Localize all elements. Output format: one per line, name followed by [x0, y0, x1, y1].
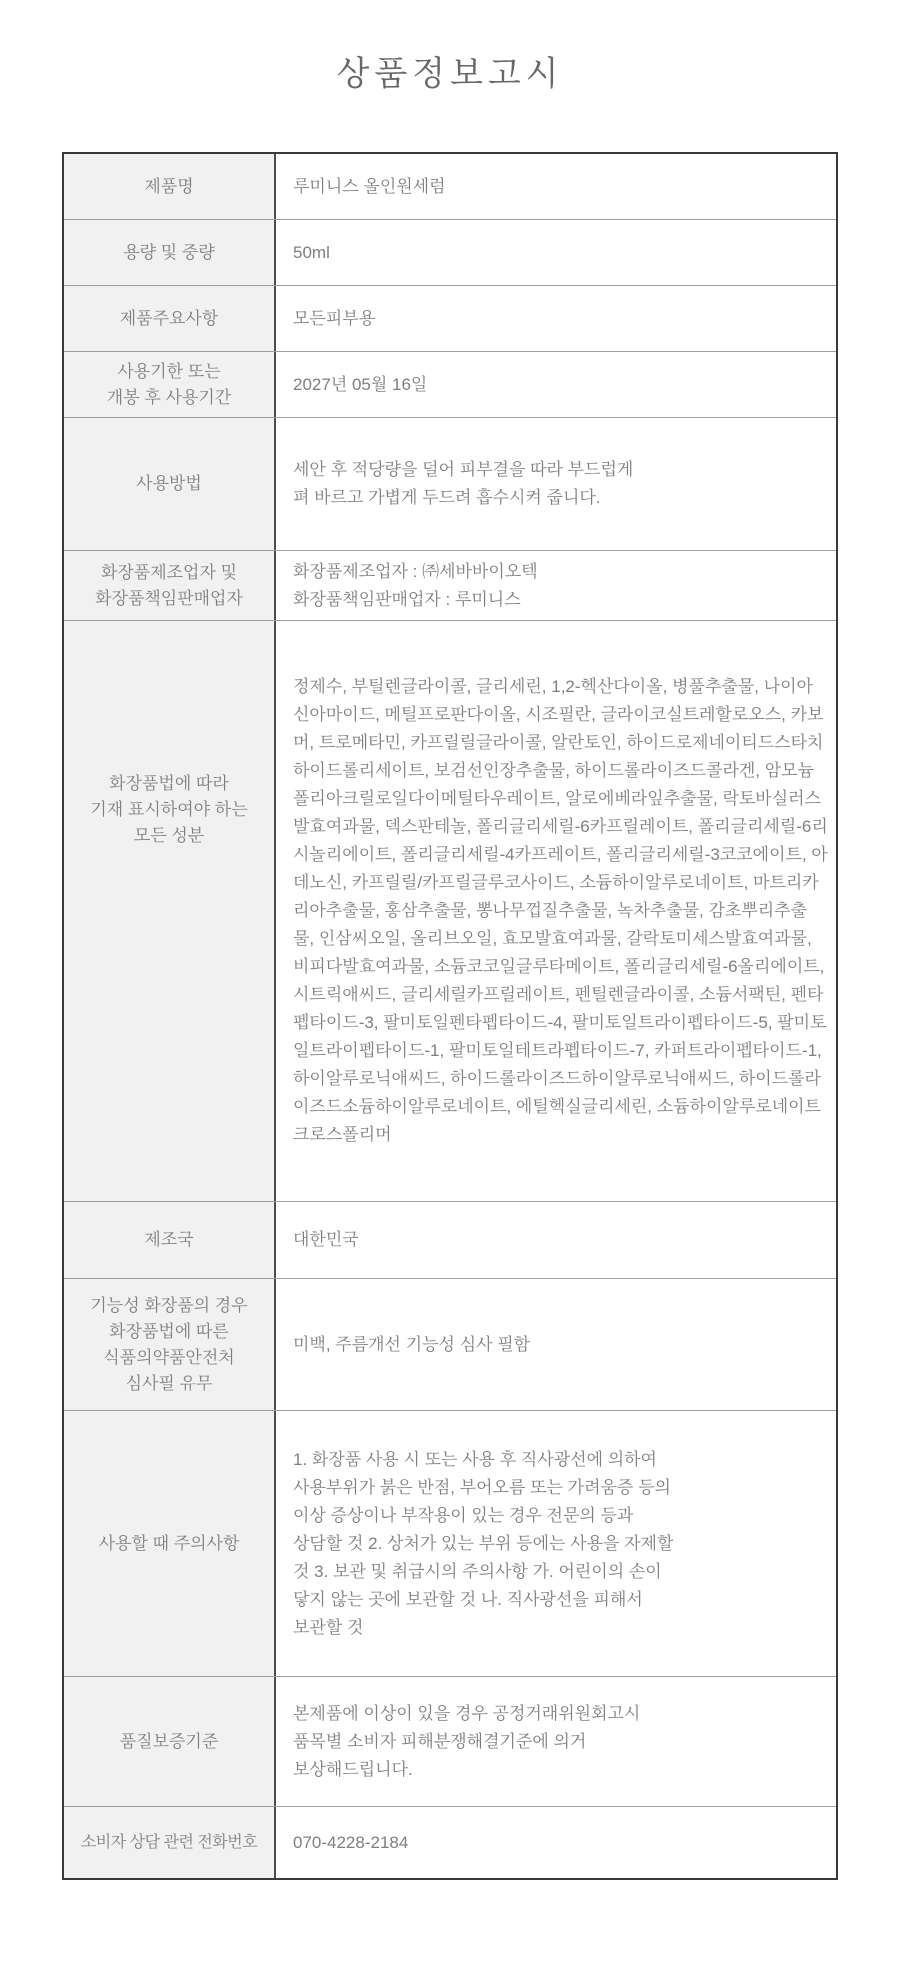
row-value: 대한민국 [276, 1202, 836, 1278]
table-row-country-of-origin: 제조국 대한민국 [64, 1201, 836, 1278]
product-info-table: 제품명 루미니스 올인원세럼 용량 및 중량 50ml 제품주요사항 모든피부용… [62, 152, 838, 1880]
row-label: 사용할 때 주의사항 [64, 1411, 276, 1676]
row-value: 정제수, 부틸렌글라이콜, 글리세린, 1,2-헥산다이올, 병풀추출물, 나이… [276, 621, 836, 1201]
table-row-expiration: 사용기한 또는 개봉 후 사용기간 2027년 05월 16일 [64, 351, 836, 417]
table-row-precautions: 사용할 때 주의사항 1. 화장품 사용 시 또는 사용 후 직사광선에 의하여… [64, 1410, 836, 1676]
row-label: 품질보증기준 [64, 1677, 276, 1806]
table-row-customer-service-phone: 소비자 상담 관련 전화번호 070-4228-2184 [64, 1806, 836, 1878]
row-label: 제품명 [64, 154, 276, 219]
row-label: 화장품법에 따라 기재 표시하여야 하는 모든 성분 [64, 621, 276, 1201]
row-value: 070-4228-2184 [276, 1807, 836, 1878]
row-label: 제품주요사항 [64, 286, 276, 351]
table-row-ingredients: 화장품법에 따라 기재 표시하여야 하는 모든 성분 정제수, 부틸렌글라이콜,… [64, 620, 836, 1201]
row-label: 기능성 화장품의 경우 화장품법에 따른 식품의약품안전처 심사필 유무 [64, 1279, 276, 1410]
row-value: 본제품에 이상이 있을 경우 공정거래위원회고시 품목별 소비자 피해분쟁해결기… [276, 1677, 836, 1806]
table-row-functional-review: 기능성 화장품의 경우 화장품법에 따른 식품의약품안전처 심사필 유무 미백,… [64, 1278, 836, 1410]
row-label: 용량 및 중량 [64, 220, 276, 285]
row-value: 모든피부용 [276, 286, 836, 351]
row-label: 제조국 [64, 1202, 276, 1278]
table-row-product-name: 제품명 루미니스 올인원세럼 [64, 154, 836, 219]
product-info-page: 상품정보고시 제품명 루미니스 올인원세럼 용량 및 중량 50ml 제품주요사… [0, 0, 900, 1971]
table-row-volume-weight: 용량 및 중량 50ml [64, 219, 836, 285]
row-value: 1. 화장품 사용 시 또는 사용 후 직사광선에 의하여 사용부위가 붉은 반… [276, 1411, 836, 1676]
row-value: 루미니스 올인원세럼 [276, 154, 836, 219]
row-value: 세안 후 적당량을 덜어 피부결을 따라 부드럽게 펴 바르고 가볍게 두드려 … [276, 418, 836, 550]
table-row-quality-guarantee: 품질보증기준 본제품에 이상이 있을 경우 공정거래위원회고시 품목별 소비자 … [64, 1676, 836, 1806]
table-row-product-specs: 제품주요사항 모든피부용 [64, 285, 836, 351]
row-label: 사용방법 [64, 418, 276, 550]
table-row-usage-method: 사용방법 세안 후 적당량을 덜어 피부결을 따라 부드럽게 펴 바르고 가볍게… [64, 417, 836, 550]
row-value: 화장품제조업자 : ㈜세바바이오텍 화장품책임판매업자 : 루미니스 [276, 551, 836, 620]
page-title: 상품정보고시 [0, 0, 900, 95]
row-value: 미백, 주름개선 기능성 심사 필함 [276, 1279, 836, 1410]
row-value: 50ml [276, 220, 836, 285]
row-label: 화장품제조업자 및 화장품책임판매업자 [64, 551, 276, 620]
row-label: 소비자 상담 관련 전화번호 [64, 1807, 276, 1878]
table-row-manufacturer: 화장품제조업자 및 화장품책임판매업자 화장품제조업자 : ㈜세바바이오텍 화장… [64, 550, 836, 620]
row-value: 2027년 05월 16일 [276, 352, 836, 417]
row-label: 사용기한 또는 개봉 후 사용기간 [64, 352, 276, 417]
